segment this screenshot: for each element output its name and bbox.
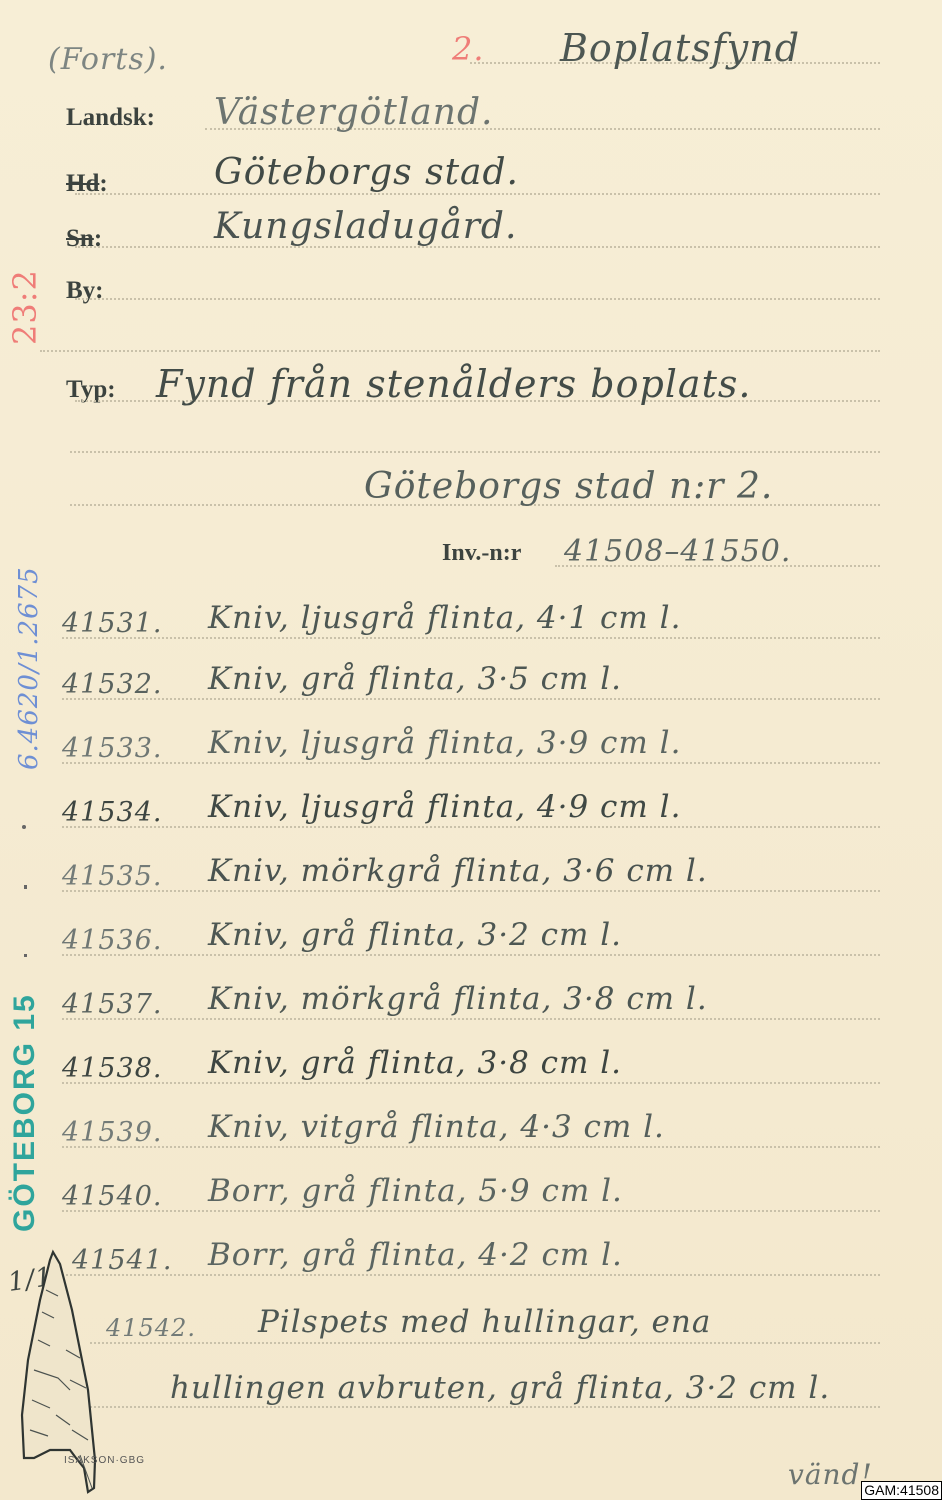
field-value-landsk: Västergötland. (214, 92, 493, 133)
entry-line (62, 762, 880, 764)
entry-number: 41538. (62, 1053, 162, 1084)
continuation-text: hullingen avbruten, grå flinta, 3·2 cm l… (170, 1370, 830, 1406)
continued-note: (Forts). (48, 42, 168, 77)
entry-line (90, 1406, 880, 1408)
entry-text: Borr, grå flinta, 4·2 cm l. (208, 1237, 623, 1273)
entry-text: Kniv, mörkgrå flinta, 3·6 cm l. (208, 853, 708, 889)
entry-number: 41534. (62, 797, 162, 828)
entry-line (62, 1274, 880, 1276)
entry-number: 41540. (62, 1181, 162, 1212)
field-label-by: By: (66, 277, 104, 305)
margin-dot (24, 885, 27, 889)
entry-number: 41539. (62, 1117, 162, 1148)
entry-line (62, 637, 880, 639)
entry-number: 41542. (106, 1314, 196, 1342)
catalog-card: (Forts). 2. Boplatsfynd Landsk: Västergö… (0, 0, 942, 1500)
field-line-hd (75, 193, 880, 195)
inv-label: Inv.-n:r (442, 540, 521, 567)
entry-line (62, 1146, 880, 1148)
entry-line (62, 1210, 880, 1212)
field-label-landsk: Landsk: (66, 104, 155, 132)
entry-number: 41535. (62, 861, 162, 892)
margin-dot (24, 954, 27, 957)
type-value: Fynd från stenålders boplats. (156, 362, 751, 406)
entry-text: Pilspets med hullingar, ena (258, 1304, 711, 1340)
entry-text: Kniv, mörkgrå flinta, 3·8 cm l. (208, 981, 708, 1017)
entry-text: Kniv, grå flinta, 3·5 cm l. (208, 661, 622, 697)
field-value-sn: Kungsladugård. (214, 206, 517, 247)
entry-line (62, 1018, 880, 1020)
inv-value: 41508–41550. (564, 534, 791, 569)
entry-line (62, 954, 880, 956)
blank-line-2 (70, 451, 880, 453)
entry-number: 41536. (62, 925, 162, 956)
entry-line (62, 1082, 880, 1084)
field-label-sn: Sn: (66, 225, 102, 253)
blue-margin-reference: 6.4620/1.2675 (14, 566, 44, 770)
illustrator-credit: ISAKSON·GBG (64, 1455, 145, 1466)
entry-number: 41537. (62, 989, 162, 1020)
field-line-by (75, 298, 880, 300)
field-value-hd: Göteborgs stad. (214, 152, 519, 193)
entry-line (62, 826, 880, 828)
entry-text: Kniv, grå flinta, 3·2 cm l. (208, 917, 622, 953)
entry-line (90, 1342, 880, 1344)
margin-dot (22, 825, 26, 829)
entry-text: Kniv, ljusgrå flinta, 4·1 cm l. (208, 600, 681, 636)
entry-text: Borr, grå flinta, 5·9 cm l. (208, 1173, 623, 1209)
turn-note: vänd! (788, 1458, 873, 1491)
category-title: Boplatsfynd (560, 26, 800, 70)
site-line: Göteborgs stad n:r 2. (364, 466, 773, 507)
entry-line (62, 698, 880, 700)
catalog-id-badge: GAM:41508 (861, 1481, 942, 1500)
entry-text: Kniv, grå flinta, 3·8 cm l. (208, 1045, 622, 1081)
entry-number: 41531. (62, 608, 162, 639)
entry-number: 41532. (62, 669, 162, 700)
entry-text: Kniv, vitgrå flinta, 4·3 cm l. (208, 1109, 665, 1145)
blank-line (40, 350, 880, 352)
entry-line (62, 890, 880, 892)
entry-text: Kniv, ljusgrå flinta, 3·9 cm l. (208, 725, 681, 761)
location-stamp: GÖTEBORG 15 (8, 993, 42, 1232)
entry-text: Kniv, ljusgrå flinta, 4·9 cm l. (208, 789, 681, 825)
entry-number: 41533. (62, 733, 162, 764)
red-margin-reference: 23:2 (6, 269, 44, 345)
